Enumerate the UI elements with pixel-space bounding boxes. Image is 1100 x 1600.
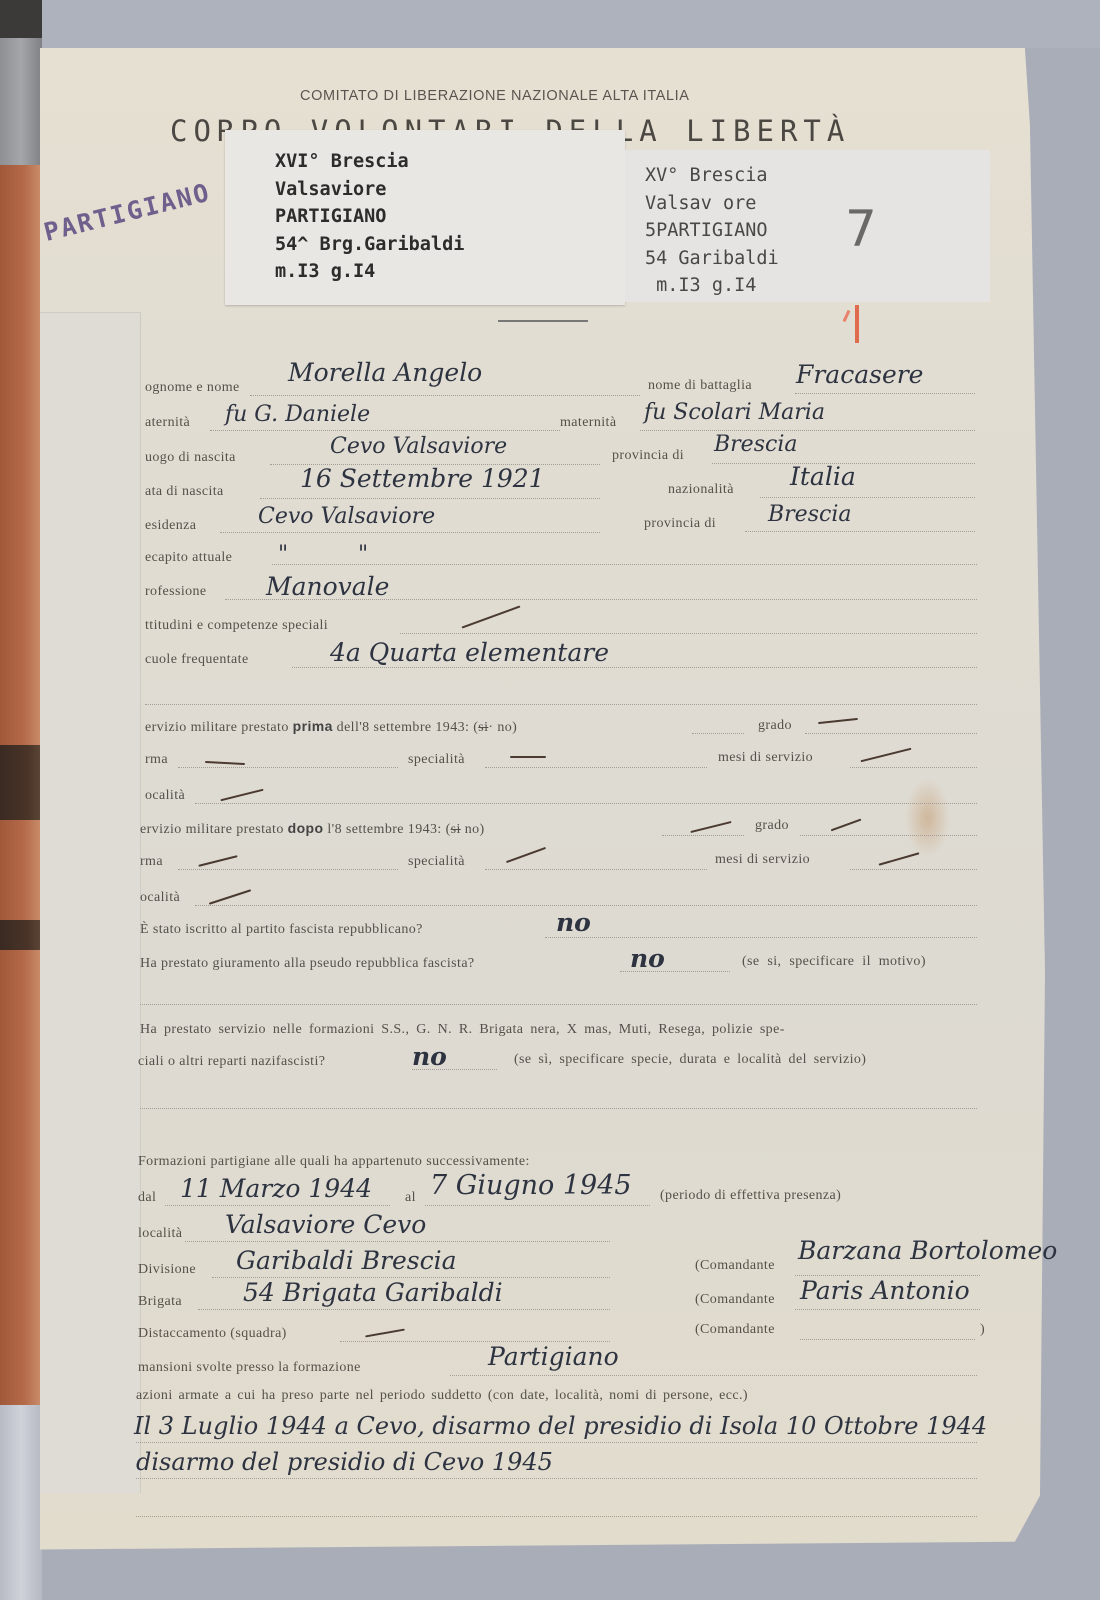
dash-mark [879, 852, 920, 865]
skills-label: ttitudini e competenze speciali [145, 618, 328, 634]
row-name: ognome e nome Morella Angelo nome di bat… [0, 370, 1100, 400]
locality-label: ocalità [140, 890, 180, 906]
address-label: ecapito attuale [145, 550, 232, 566]
row-actions-2: disarmo del presidio di Cevo 1945 [0, 1448, 1100, 1478]
fill-line [692, 733, 744, 734]
fill-line [250, 395, 640, 396]
specialty-label: specialità [408, 854, 465, 870]
from-value: 11 Marzo 1944 [180, 1174, 372, 1203]
fill-line [795, 1309, 980, 1310]
row-military-after: ervizio militare prestato dopo l'8 sette… [0, 818, 1100, 848]
service-label-1: Ha prestato servizio nelle formazioni S.… [140, 1022, 785, 1038]
birthdate-value: 16 Settembre 1921 [300, 464, 545, 493]
profession-label: rofessione [145, 584, 207, 600]
fill-line [165, 1205, 390, 1206]
fill-line [220, 532, 600, 533]
red-pencil-mark [855, 305, 859, 343]
fill-line [850, 767, 977, 768]
card-line: Valsaviore [275, 176, 464, 204]
surname-name-label: ognome e nome [145, 380, 240, 396]
military-before-label: ervizio militare prestato prima dell'8 s… [145, 718, 517, 736]
months-label: mesi di servizio [718, 750, 813, 766]
row-duties: mansioni svolte presso la formazione Par… [0, 1356, 1100, 1386]
fill-line [545, 937, 977, 938]
service-note: (se sì, specificare specie, durata e loc… [514, 1052, 866, 1068]
row-military-after-arm: rma specialità mesi di servizio [0, 852, 1100, 882]
card-line: m.I3 g.I4 [645, 272, 779, 300]
row-actions-1: Il 3 Luglio 1944 a Cevo, disarmo del pre… [0, 1412, 1100, 1442]
fill-line [450, 1375, 977, 1376]
label-text: l'8 settembre 1943: ( [327, 822, 450, 837]
fill-line [485, 869, 707, 870]
fill-line [292, 667, 977, 668]
card-line: 54^ Brg.Garibaldi [275, 231, 464, 259]
period-note: (periodo di effettiva presenza) [660, 1188, 841, 1204]
dash-mark [198, 855, 237, 867]
oath-answer: no [630, 944, 665, 973]
dash-mark [220, 789, 263, 802]
fill-line [260, 498, 600, 499]
duties-value: Partigiano [488, 1342, 619, 1371]
card-line: 54 Garibaldi [645, 245, 779, 273]
locality-label: località [138, 1226, 182, 1242]
maternity-label: maternità [560, 415, 616, 431]
fill-line [640, 430, 975, 431]
fill-line [800, 1339, 975, 1340]
grade-label: grado [758, 718, 792, 734]
label-text: dell'8 settembre 1943: ( [337, 720, 479, 735]
fill-line [850, 869, 977, 870]
dash-mark [209, 889, 251, 904]
row-oath: Ha prestato giuramento alla pseudo repub… [0, 954, 1100, 984]
fill-line [195, 803, 977, 804]
residence-province-label: provincia di [644, 516, 716, 532]
fill-line [662, 835, 744, 836]
row-profession: rofessione Manovale [0, 582, 1100, 612]
row-period: dal 11 Marzo 1944 al 7 Giugno 1945 (peri… [0, 1186, 1100, 1216]
actions-value-line-2: disarmo del presidio di Cevo 1945 [136, 1448, 553, 1476]
card-line: m.I3 g.I4 [275, 258, 464, 286]
maternity-value: fu Scolari Maria [644, 400, 825, 425]
detachment-label: Distaccamento (squadra) [138, 1326, 287, 1342]
background-ribbon [40, 0, 1100, 48]
dash-mark [818, 718, 858, 724]
row-service-1: Ha prestato servizio nelle formazioni S.… [0, 1020, 1100, 1050]
brigade-commander-label: (Comandante [695, 1292, 775, 1308]
si-option-struck: si [451, 822, 461, 837]
row-military-before-locality: ocalità [0, 786, 1100, 816]
duties-label: mansioni svolte presso la formazione [138, 1360, 361, 1376]
fill-line [185, 1241, 610, 1242]
dash-mark [861, 748, 912, 763]
battle-name-value: Fracasere [796, 360, 923, 389]
fill-line [136, 1478, 977, 1479]
label-bold: prima [293, 718, 333, 734]
row-parents: aternità fu G. Daniele maternità fu Scol… [0, 408, 1100, 438]
no-option: no) [461, 822, 485, 837]
binder-edge [0, 0, 42, 38]
card-line: 5PARTIGIANO [645, 217, 779, 245]
division-commander-label: (Comandante [695, 1258, 775, 1274]
row-residence: esidenza Cevo Valsaviore provincia di Br… [0, 510, 1100, 540]
row-schools: cuole frequentate 4a Quarta elementare [0, 650, 1100, 680]
military-after-label: ervizio militare prestato dopo l'8 sette… [140, 820, 485, 838]
dash-mark [365, 1329, 405, 1338]
fill-line [140, 1004, 977, 1005]
paternity-value: fu G. Daniele [225, 402, 370, 427]
label-text: ervizio militare prestato [145, 720, 289, 735]
dash-mark [205, 761, 245, 765]
fill-line [178, 869, 398, 870]
row-military-before-arm: rma specialità mesi di servizio [0, 750, 1100, 780]
nationality-label: nazionalità [668, 482, 734, 498]
dash-mark [690, 821, 731, 833]
residence-value: Cevo Valsaviore [258, 504, 435, 529]
dash-mark [510, 756, 546, 758]
from-label: dal [138, 1190, 156, 1206]
locality-value: Valsaviore Cevo [225, 1210, 426, 1239]
oath-label: Ha prestato giuramento alla pseudo repub… [140, 956, 475, 972]
dash-mark [831, 819, 862, 831]
actions-label: azioni armate a cui ha preso parte nel p… [136, 1388, 748, 1404]
row-address: ecapito attuale " " [0, 550, 1100, 580]
birthdate-label: ata di nascita [145, 484, 224, 500]
locality-label: ocalità [145, 788, 185, 804]
fill-line [760, 497, 975, 498]
card-line: Valsav ore [645, 190, 779, 218]
birthplace-label: uogo di nascita [145, 450, 236, 466]
specialty-label: specialità [408, 752, 465, 768]
detachment-commander-close: ) [980, 1322, 985, 1338]
committee-heading: COMITATO DI LIBERAZIONE NAZIONALE ALTA I… [300, 88, 690, 104]
si-option-struck: si [478, 720, 488, 735]
service-answer: no [412, 1042, 447, 1071]
division-value: Garibaldi Brescia [236, 1246, 457, 1275]
label-bold: dopo [288, 820, 324, 836]
residence-province-value: Brescia [768, 502, 851, 527]
fill-line [145, 704, 977, 705]
typed-label-card-right: XV° Brescia Valsav ore 5PARTIGIANO 54 Ga… [625, 150, 990, 302]
fill-line [745, 531, 975, 532]
fill-line [272, 564, 977, 565]
row-fascist-party: È stato iscritto al partito fascista rep… [0, 920, 1100, 950]
brigade-value: 54 Brigata Garibaldi [243, 1278, 503, 1307]
fill-line [425, 1205, 650, 1206]
row-birthdate: ata di nascita 16 Settembre 1921 naziona… [0, 476, 1100, 506]
oath-note: (se si, specificare il motivo) [742, 954, 926, 970]
fill-line [400, 633, 977, 634]
card-line: PARTIGIANO [275, 203, 464, 231]
surname-name-value: Morella Angelo [288, 358, 482, 387]
fill-line [210, 430, 560, 431]
birth-province-value: Brescia [714, 432, 797, 457]
fill-line [485, 767, 707, 768]
residence-label: esidenza [145, 518, 196, 534]
row-brigade: Brigata 54 Brigata Garibaldi (Comandante… [0, 1290, 1100, 1320]
fascist-party-label: È stato iscritto al partito fascista rep… [140, 922, 423, 938]
fill-line [795, 393, 975, 394]
title-underline [498, 320, 588, 322]
formations-heading: Formazioni partigiane alle quali ha appa… [138, 1154, 530, 1170]
row-military-after-locality: ocalità [0, 888, 1100, 918]
fill-line [178, 767, 398, 768]
fill-line [800, 835, 977, 836]
typed-label-card-left: XVI° Brescia Valsaviore PARTIGIANO 54^ B… [225, 130, 625, 305]
schools-label: cuole frequentate [145, 652, 249, 668]
row-service-2: ciali o altri reparti nazifascisti? no (… [0, 1052, 1100, 1082]
label-text: ervizio militare prestato [140, 822, 284, 837]
row-military-before: ervizio militare prestato prima dell'8 s… [0, 716, 1100, 746]
brigade-commander-value: Paris Antonio [800, 1276, 970, 1305]
fill-line [136, 1516, 977, 1517]
detachment-commander-label: (Comandante [695, 1322, 775, 1338]
grade-label: grado [755, 818, 789, 834]
actions-value-line-1: Il 3 Luglio 1944 a Cevo, disarmo del pre… [134, 1412, 987, 1440]
battle-name-label: nome di battaglia [648, 378, 752, 394]
division-commander-value: Barzana Bortolomeo [798, 1236, 1057, 1265]
brigade-label: Brigata [138, 1294, 182, 1310]
fascist-party-answer: no [556, 908, 591, 937]
birthplace-value: Cevo Valsaviore [330, 434, 507, 459]
division-label: Divisione [138, 1262, 196, 1278]
pencil-number-mark: 7 [845, 200, 877, 258]
paternity-label: aternità [145, 415, 190, 431]
months-label: mesi di servizio [715, 852, 810, 868]
fill-line [805, 733, 977, 734]
no-option: · no) [488, 720, 517, 735]
fill-line [140, 1108, 977, 1109]
row-birthplace: uogo di nascita Cevo Valsaviore provinci… [0, 442, 1100, 472]
card-line: XVI° Brescia [275, 148, 464, 176]
address-value: " " [278, 542, 368, 567]
to-value: 7 Giugno 1945 [430, 1170, 632, 1201]
birth-province-label: provincia di [612, 448, 684, 464]
profession-value: Manovale [266, 572, 389, 601]
fill-line [198, 1309, 610, 1310]
service-label-2: ciali o altri reparti nazifascisti? [138, 1054, 325, 1070]
nationality-value: Italia [790, 462, 856, 491]
to-label: al [405, 1190, 416, 1206]
fill-line [195, 905, 977, 906]
arm-label: rma [140, 854, 163, 870]
card-line: XV° Brescia [645, 162, 779, 190]
arm-label: rma [145, 752, 168, 768]
schools-value: 4a Quarta elementare [330, 638, 609, 667]
fill-line [136, 1442, 977, 1443]
